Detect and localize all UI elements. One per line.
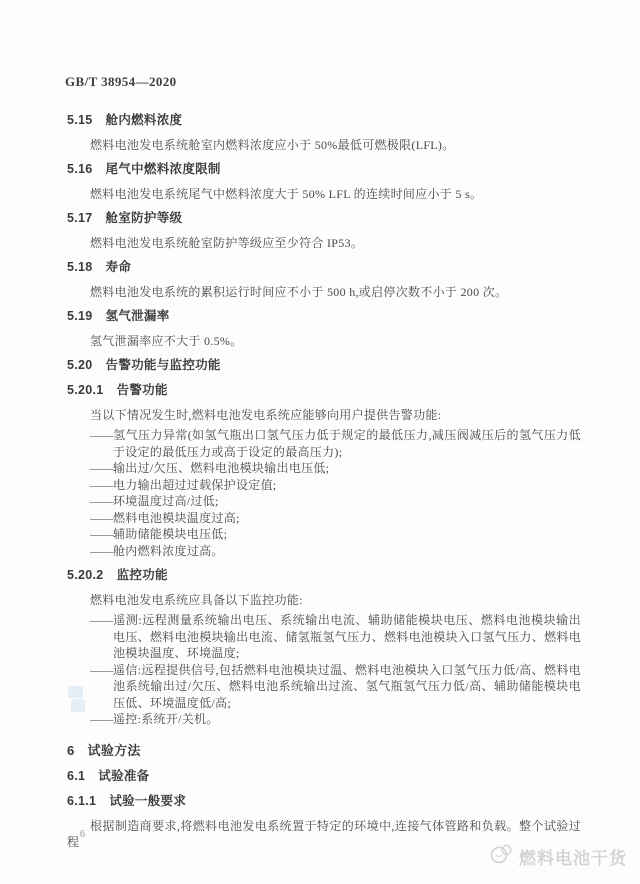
list-dash: —— — [90, 427, 113, 444]
list-item: ——燃料电池模块温度过高; — [67, 510, 581, 527]
list-dash: —— — [90, 510, 113, 527]
section-heading-5-20-1: 5.20.1告警功能 — [67, 382, 581, 399]
section-title: 试验准备 — [98, 769, 149, 783]
list-dash: —— — [90, 543, 113, 560]
list-item-text: 遥信:远程提供信号,包括燃料电池模块过温、燃料电池模块入口氢气压力低/高、燃料电… — [113, 663, 581, 710]
section-heading-5-18: 5.18寿命 — [67, 259, 581, 276]
watermark: 燃料电池干货 — [490, 843, 627, 870]
document-page: GB/T 38954—2020 5.15舱内燃料浓度 燃料电池发电系统舱室内燃料… — [0, 0, 640, 884]
list-dash: —— — [90, 526, 113, 543]
chapter-heading-6: 6试验方法 — [67, 742, 581, 760]
monitor-function-list: ——遥测:远程测量系统输出电压、系统输出电流、辅助储能模块电压、燃料电池模块输出… — [67, 612, 581, 728]
section-number: 5.19 — [67, 309, 93, 323]
list-item-text: 电力输出超过过载保护设定值; — [113, 478, 277, 492]
section-title: 试验一般要求 — [109, 794, 186, 808]
list-item: ——舱内燃料浓度过高。 — [67, 543, 581, 560]
section-number: 6.1.1 — [67, 794, 96, 808]
section-title: 氢气泄漏率 — [106, 309, 170, 323]
section-heading-6-1-1: 6.1.1试验一般要求 — [67, 793, 581, 810]
section-heading-5-16: 5.16尾气中燃料浓度限制 — [67, 161, 581, 178]
list-item: ——遥控:系统开/关机。 — [67, 711, 581, 728]
section-title: 告警功能 — [117, 383, 168, 397]
section-heading-5-19: 5.19氢气泄漏率 — [67, 308, 581, 325]
section-paragraph: 燃料电池发电系统应具备以下监控功能: — [67, 592, 581, 608]
section-heading-5-17: 5.17舱室防护等级 — [67, 210, 581, 227]
list-item-text: 辅助储能模块电压低; — [113, 527, 227, 541]
list-dash: —— — [90, 493, 113, 510]
list-item-text: 舱内燃料浓度过高。 — [113, 544, 224, 558]
list-item-text: 燃料电池模块温度过高; — [113, 511, 240, 525]
section-heading-5-20-2: 5.20.2监控功能 — [67, 567, 581, 584]
list-dash: —— — [90, 460, 113, 477]
section-number: 6.1 — [67, 769, 85, 783]
document-content: 5.15舱内燃料浓度 燃料电池发电系统舱室内燃料浓度应小于 50%最低可燃极限(… — [67, 104, 581, 854]
watermark-logo-icon — [490, 843, 514, 870]
section-number: 5.20.1 — [67, 383, 104, 397]
list-item-text: 输出过/欠压、燃料电池模块输出电压低; — [113, 461, 329, 475]
list-item-text: 遥测:远程测量系统输出电压、系统输出电流、辅助储能模块电压、燃料电池模块输出电压… — [113, 613, 581, 660]
chapter-title: 试验方法 — [88, 743, 141, 758]
list-item: ——氢气压力异常(如氢气瓶出口氢气压力低于规定的最低压力,减压阀减压后的氢气压力… — [67, 427, 581, 460]
section-number: 5.16 — [67, 162, 93, 176]
section-paragraph: 燃料电池发电系统舱室防护等级应至少符合 IP53。 — [67, 235, 581, 251]
section-number: 5.15 — [67, 113, 93, 127]
standard-code: GB/T 38954—2020 — [65, 74, 177, 90]
section-paragraph: 燃料电池发电系统尾气中燃料浓度大于 50% LFL 的连续时间应小于 5 s。 — [67, 186, 581, 202]
chapter-number: 6 — [67, 743, 75, 758]
alarm-function-list: ——氢气压力异常(如氢气瓶出口氢气压力低于规定的最低压力,减压阀减压后的氢气压力… — [67, 427, 581, 559]
section-paragraph: 当以下情况发生时,燃料电池发电系统应能够向用户提供告警功能: — [67, 407, 581, 423]
list-item: ——辅助储能模块电压低; — [67, 526, 581, 543]
section-number: 5.18 — [67, 260, 93, 274]
section-paragraph: 燃料电池发电系统的累积运行时间应不小于 500 h,或启停次数不小于 200 次… — [67, 284, 581, 300]
section-title: 监控功能 — [117, 568, 168, 582]
section-title: 告警功能与监控功能 — [106, 358, 221, 372]
watermark-text: 燃料电池干货 — [519, 844, 627, 869]
scan-artifact — [68, 686, 83, 698]
list-item: ——电力输出超过过载保护设定值; — [67, 477, 581, 494]
section-paragraph: 氢气泄漏率应不大于 0.5%。 — [67, 333, 581, 349]
section-number: 5.17 — [67, 211, 93, 225]
list-item: ——遥测:远程测量系统输出电压、系统输出电流、辅助储能模块电压、燃料电池模块输出… — [67, 612, 581, 662]
list-item: ——输出过/欠压、燃料电池模块输出电压低; — [67, 460, 581, 477]
list-dash: —— — [90, 477, 113, 494]
section-heading-5-15: 5.15舱内燃料浓度 — [67, 112, 581, 129]
section-title: 舱内燃料浓度 — [106, 113, 183, 127]
list-dash: —— — [90, 711, 113, 728]
section-paragraph: 燃料电池发电系统舱室内燃料浓度应小于 50%最低可燃极限(LFL)。 — [67, 137, 581, 153]
list-item-text: 遥控:系统开/关机。 — [113, 712, 219, 726]
section-title: 舱室防护等级 — [106, 211, 183, 225]
section-number: 5.20 — [67, 358, 93, 372]
section-number: 5.20.2 — [67, 568, 104, 582]
list-item: ——环境温度过高/过低; — [67, 493, 581, 510]
list-item-text: 氢气压力异常(如氢气瓶出口氢气压力低于规定的最低压力,减压阀减压后的氢气压力低于… — [113, 428, 581, 459]
list-item-text: 环境温度过高/过低; — [113, 494, 219, 508]
list-dash: —— — [90, 612, 113, 629]
list-dash: —— — [90, 662, 113, 679]
section-heading-6-1: 6.1试验准备 — [67, 768, 581, 785]
section-title: 尾气中燃料浓度限制 — [106, 162, 221, 176]
section-title: 寿命 — [106, 260, 132, 274]
page-number: 6 — [80, 829, 85, 840]
section-heading-5-20: 5.20告警功能与监控功能 — [67, 357, 581, 374]
scan-artifact — [71, 699, 85, 712]
list-item: ——遥信:远程提供信号,包括燃料电池模块过温、燃料电池模块入口氢气压力低/高、燃… — [67, 662, 581, 712]
